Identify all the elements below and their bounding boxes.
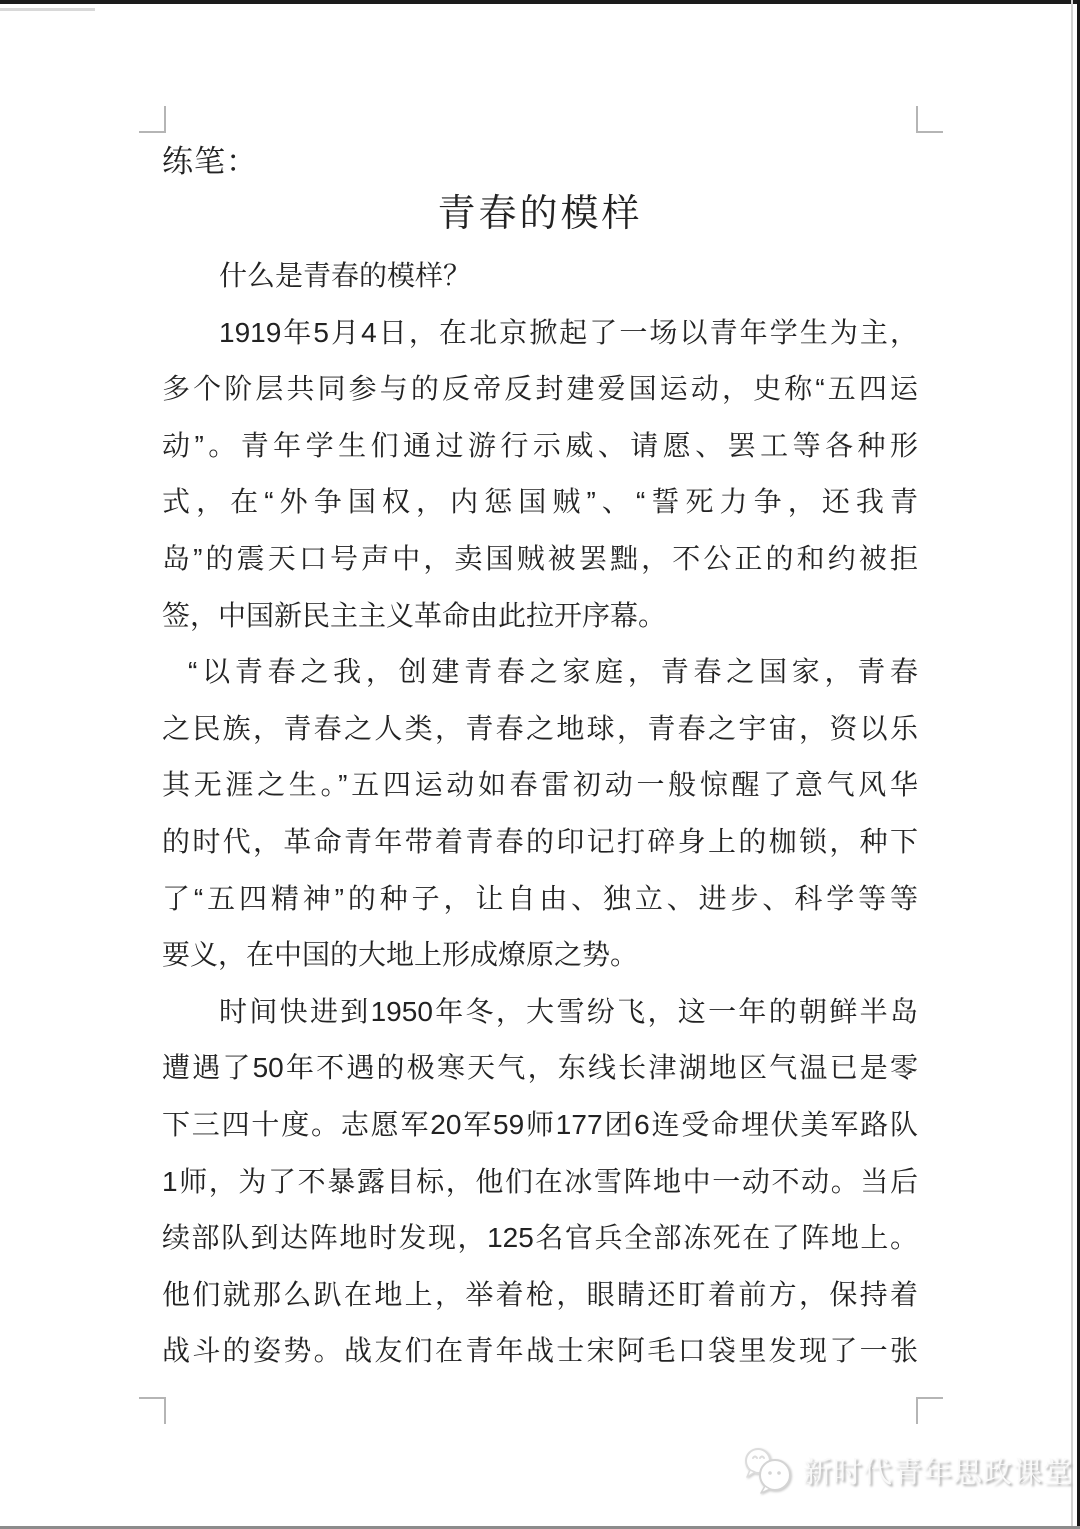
watermark: 新时代青年思政课堂 xyxy=(742,1446,1073,1494)
text-line: 续部队到达阵地时发现，125名官兵全部冻死在了阵地上。 xyxy=(162,1210,918,1267)
crop-mark-bottom-left xyxy=(139,1397,166,1424)
document-page: 练笔： 青春的模样 什么是青春的模样？ 1919年5月4日，在北京掀起了一场以青… xyxy=(0,0,1080,1529)
text-line: 岛”的震天口号声中，卖国贼被罢黜，不公正的和约被拒 xyxy=(162,531,918,588)
text-line: 下三四十度。志愿军20军59师177团6连受命埋伏美军路队 xyxy=(162,1097,918,1154)
text-line: 的时代，革命青年带着青春的印记打碎身上的枷锁，种下 xyxy=(162,814,918,871)
text-line: 1师，为了不暴露目标，他们在冰雪阵地中一动不动。当后 xyxy=(162,1154,918,1211)
crop-mark-bottom-right xyxy=(916,1397,943,1424)
text-line: 其无涯之生。”五四运动如春雷初动一般惊醒了意气风华 xyxy=(162,757,918,814)
practice-label: 练笔： xyxy=(162,143,258,181)
text-line: 什么是青春的模样？ xyxy=(162,248,918,305)
text-line: 他们就那么趴在地上，举着枪，眼睛还盯着前方，保持着 xyxy=(162,1267,918,1324)
text-line: 动”。青年学生们通过游行示威、请愿、罢工等各种形 xyxy=(162,418,918,475)
crop-mark-top-right xyxy=(916,106,943,133)
text-line: 遭遇了50年不遇的极寒天气，东线长津湖地区气温已是零 xyxy=(162,1040,918,1097)
text-line: 之民族，青春之人类，青春之地球，青春之宇宙，资以乐 xyxy=(162,701,918,758)
text-line: 了“五四精神”的种子，让自由、独立、进步、科学等等 xyxy=(162,871,918,928)
text-line: 时间快进到1950年冬，大雪纷飞，这一年的朝鲜半岛 xyxy=(162,984,918,1041)
text-line: 要义，在中国的大地上形成燎原之势。 xyxy=(162,927,918,984)
crop-mark-top-left xyxy=(139,106,166,133)
top-left-edge-notch xyxy=(0,8,95,11)
top-edge-line xyxy=(0,0,1080,4)
text-line: 签，中国新民主主义革命由此拉开序幕。 xyxy=(162,588,918,645)
watermark-text: 新时代青年思政课堂 xyxy=(803,1450,1073,1491)
text-line: 式，在“外争国权，内惩国贼”、“誓死力争，还我青 xyxy=(162,474,918,531)
right-edge-faint-line xyxy=(1071,0,1073,1529)
chat-bubbles-logo-icon xyxy=(742,1446,794,1494)
text-line: 1919年5月4日，在北京掀起了一场以青年学生为主， xyxy=(162,305,918,362)
text-line: “以青春之我，创建青春之家庭，青春之国家，青春 xyxy=(162,644,918,701)
page-title: 青春的模样 xyxy=(162,191,918,237)
text-line: 战斗的姿势。战友们在青年战士宋阿毛口袋里发现了一张 xyxy=(162,1323,918,1380)
text-line: 多个阶层共同参与的反帝反封建爱国运动，史称“五四运 xyxy=(162,361,918,418)
body-text: 什么是青春的模样？ 1919年5月4日，在北京掀起了一场以青年学生为主， 多个阶… xyxy=(162,248,918,1380)
